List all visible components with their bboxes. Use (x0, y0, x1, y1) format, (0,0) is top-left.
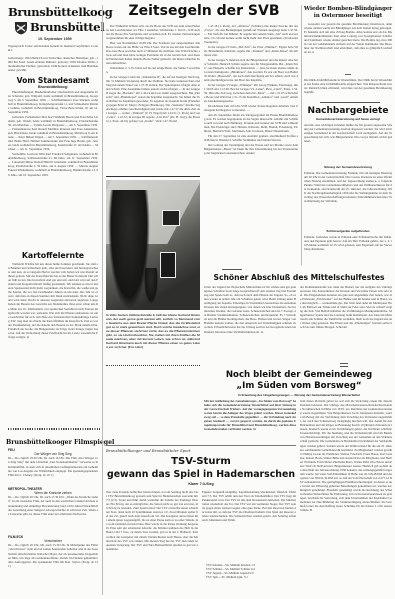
star-divider (106, 365, 200, 367)
gemeindeweg-body-right: bald dieses Problem gelöst ist, soll sic… (300, 399, 392, 595)
svb-body-right: 1.47.18 (3. Preis), der „Albatros“ (Schü… (204, 24, 298, 269)
paragraph: In der Gruppe VI siegte „Wikinger“ mit G… (204, 83, 298, 103)
svb-body-left: Der Frühnebel lichtete sich, als die Boo… (106, 24, 200, 172)
masthead-title-line1: Brunsbüttelkoog (8, 5, 113, 19)
paragraph: In der Gruppe IV holte „Hei d'rin“, der … (204, 45, 298, 57)
section-rule (320, 102, 380, 103)
item-heading: Gemeindevertretersitzung auf heute verle… (304, 118, 392, 122)
standesamt-body: Eheschließungen: Bauhelferarbeiter Ottof… (8, 90, 98, 208)
paragraph: Gespannt war gestern die gesamte Bevölke… (304, 22, 392, 54)
masthead-title-line2: Brunsbüttel (30, 20, 104, 34)
photo-top-border (106, 176, 200, 177)
gemeindeweg-heading-line1: Noch bleibt der Gemeindeweg (204, 370, 394, 380)
tsv-heading-line1: TSV-Sturm (106, 456, 296, 467)
tsv-heading-line2: gewann das Spiel in Hademarschen (106, 469, 296, 480)
geburtstage: Geburtstage: 1824 Heinrich von Treitschk… (8, 56, 98, 73)
blindgaenger-body: Gespannt war gestern die gesamte Bevölke… (304, 22, 392, 70)
filmspiegel-section-metropol: METROPOL-THEATER Wenn die Kraniche ziehe… (8, 487, 98, 528)
kartoffelernte-paragraph: Vielleicht Früchte hat uns dieser heiße … (8, 262, 98, 339)
standesamt-sterbefaelle: Sterbefälle: Gastwirt Willi Karl Friedri… (8, 152, 98, 176)
double-rule (340, 363, 348, 367)
svb-heading: Zeitsegeln der SVB (106, 3, 302, 19)
item-body: Eddelak. Die Gemeindevertretung Eddelak … (304, 171, 392, 221)
photo-window (160, 252, 176, 278)
nachbargebiete-item: Gemeindevertretersitzung auf heute verle… (304, 118, 392, 149)
film-review: Di.—Do. täglich 18.30 Uhr, Di. auch 16 U… (8, 456, 98, 485)
rule-short (222, 269, 242, 270)
standesamt-eheschliessungen: Eheschließungen: Bauhelferarbeiter Ottof… (8, 90, 98, 114)
film-review: Di.—Do. täglich 20 Uhr, Mi. auch 15.30 U… (8, 543, 98, 593)
sport-kicker: Brunsbüttelkooger und Brunsbütteler Spor… (106, 448, 191, 453)
film-review: Di.—Do. täglich 20 Uhr, Di. auch 17.30 U… (8, 495, 98, 528)
paragraph: Windstärke 2, 3. Es briste auf bis auf e… (106, 66, 200, 74)
tagesspruch: Tagesspruch: Ueber sein Können keinem is… (8, 44, 98, 56)
paragraph: Am 26. September findet ein Tabagssegelf… (204, 113, 298, 133)
kartoffelernte-body: Vielleicht Früchte hat uns dieser heiße … (8, 262, 98, 424)
drk-notice: Die DRK-Unfallhilfsstelle in Westerbütte… (304, 78, 392, 100)
column-divider (301, 5, 302, 265)
mittelschule-body-right: der Dommannsstraße war dann der Bedarf, … (300, 285, 392, 358)
standesamt-geburten: Geburten: Facharbeiter Max Karl Wilhelm … (8, 115, 98, 151)
item-heading: Schlüsselgeräte aufgefunden (304, 230, 392, 234)
sport-rule (106, 445, 296, 446)
gemeindeweg-deck: In Erwartung des Umgehungsweges — Sitzun… (204, 393, 394, 397)
photo-caption: In Volls Garten, Delbrückstraße 3, hält … (106, 313, 200, 361)
gemeindeweg-body-left: Mit der Aufhebung des Gemeindeweges „Im … (204, 399, 296, 443)
paragraph: Der Leitung der Vereinigung und der Pres… (204, 143, 298, 155)
result-line: TSV Jgm.—Sb. Midlum Jgm. 3:1 (206, 575, 294, 579)
nachbargebiete-item: Schlüsselgeräte aufgefunden Eddelak. Gef… (304, 230, 392, 263)
paragraph: Für den 27. September ist eine Ausfahrt … (204, 134, 298, 142)
tsv-body-right: Eigener Torgenuß endgültig. Kapitänsleis… (202, 490, 296, 560)
column-divider (102, 5, 103, 595)
masthead-date: 19. September 1959 (38, 37, 72, 41)
mittelschule-heading: Schöner Abschluß des Mittelschulfestes (204, 273, 394, 282)
kartoffelernte-heading: Kartoffelernte (8, 251, 98, 260)
item-heading: Sitzung der Gemeindevertretung (304, 166, 392, 170)
photo-boy (144, 268, 158, 304)
paragraph: Hier von Nordsimmer 10.08 Uhr. Der Start… (106, 41, 200, 65)
item-body: Averlak. Aus wichtigen Gründen mußte die… (304, 123, 392, 149)
paragraph: Im nächsten Jahr wird die SVB wieder fre… (204, 104, 298, 112)
blindgaenger-heading-line2: in Ostermoor beseitigt (304, 13, 392, 19)
section-divider (345, 74, 351, 75)
tsv-results: TSV Knaben—Sb. Midlum Knaben 1:5 TSV Sch… (206, 563, 294, 579)
nachbargebiete-item: Sitzung der Gemeindevertretung Eddelak. … (304, 166, 392, 221)
item-body: Eddelak. Gefunden wurde in Eddelak eine … (304, 235, 392, 263)
paragraph: 1.47.18 (3. Preis), der „Albatros“ (Schü… (204, 24, 298, 44)
standesamt-subheading: Brunsbüttelkoog: (8, 85, 98, 89)
filmspiegel-heading: Brunsbüttelkooger Filmspiegel (6, 439, 102, 446)
tsv-deck: Klarer 7:3-Sieg (106, 482, 296, 486)
ornamental-divider (8, 428, 100, 430)
mittelschule-body-left: Unter der Jugend der Bojeschule Mittelsc… (204, 285, 296, 358)
newspaper-page: Brunsbüttelkoog Brunsbüttel 19. Septembe… (0, 0, 395, 599)
nachbargebiete-heading: Nachbargebiete (304, 106, 392, 116)
blindgaenger-heading-line1: Wieder Bomben-Blindgänger (304, 6, 392, 12)
tsv-body-left: Was viele Freunde befürchtet haben mögen… (106, 490, 198, 595)
standesamt-heading: Vom Standesamt (8, 76, 98, 85)
paragraph: In der Gruppe V lieferten sich die Bürge… (204, 58, 298, 82)
filmspiegel-section-filmeck: FILM-ECK Verschwörer Di.—Do. täglich 20 … (8, 535, 98, 593)
coat-of-arms-icon (14, 20, 28, 34)
gemeindeweg-heading-line2: „Im Süden vom Borsweg“ (204, 381, 394, 391)
news-photo (106, 180, 200, 310)
paragraph: Der Frühnebel lichtete sich, als die Boo… (106, 24, 200, 40)
photo-window (162, 210, 180, 226)
paragraph: In der Gruppe I kam die „Störmarine II“,… (106, 75, 200, 124)
filmspiegel-section-feli: FELI Der Würger von Sing Sing Di.—Do. tä… (8, 448, 98, 485)
